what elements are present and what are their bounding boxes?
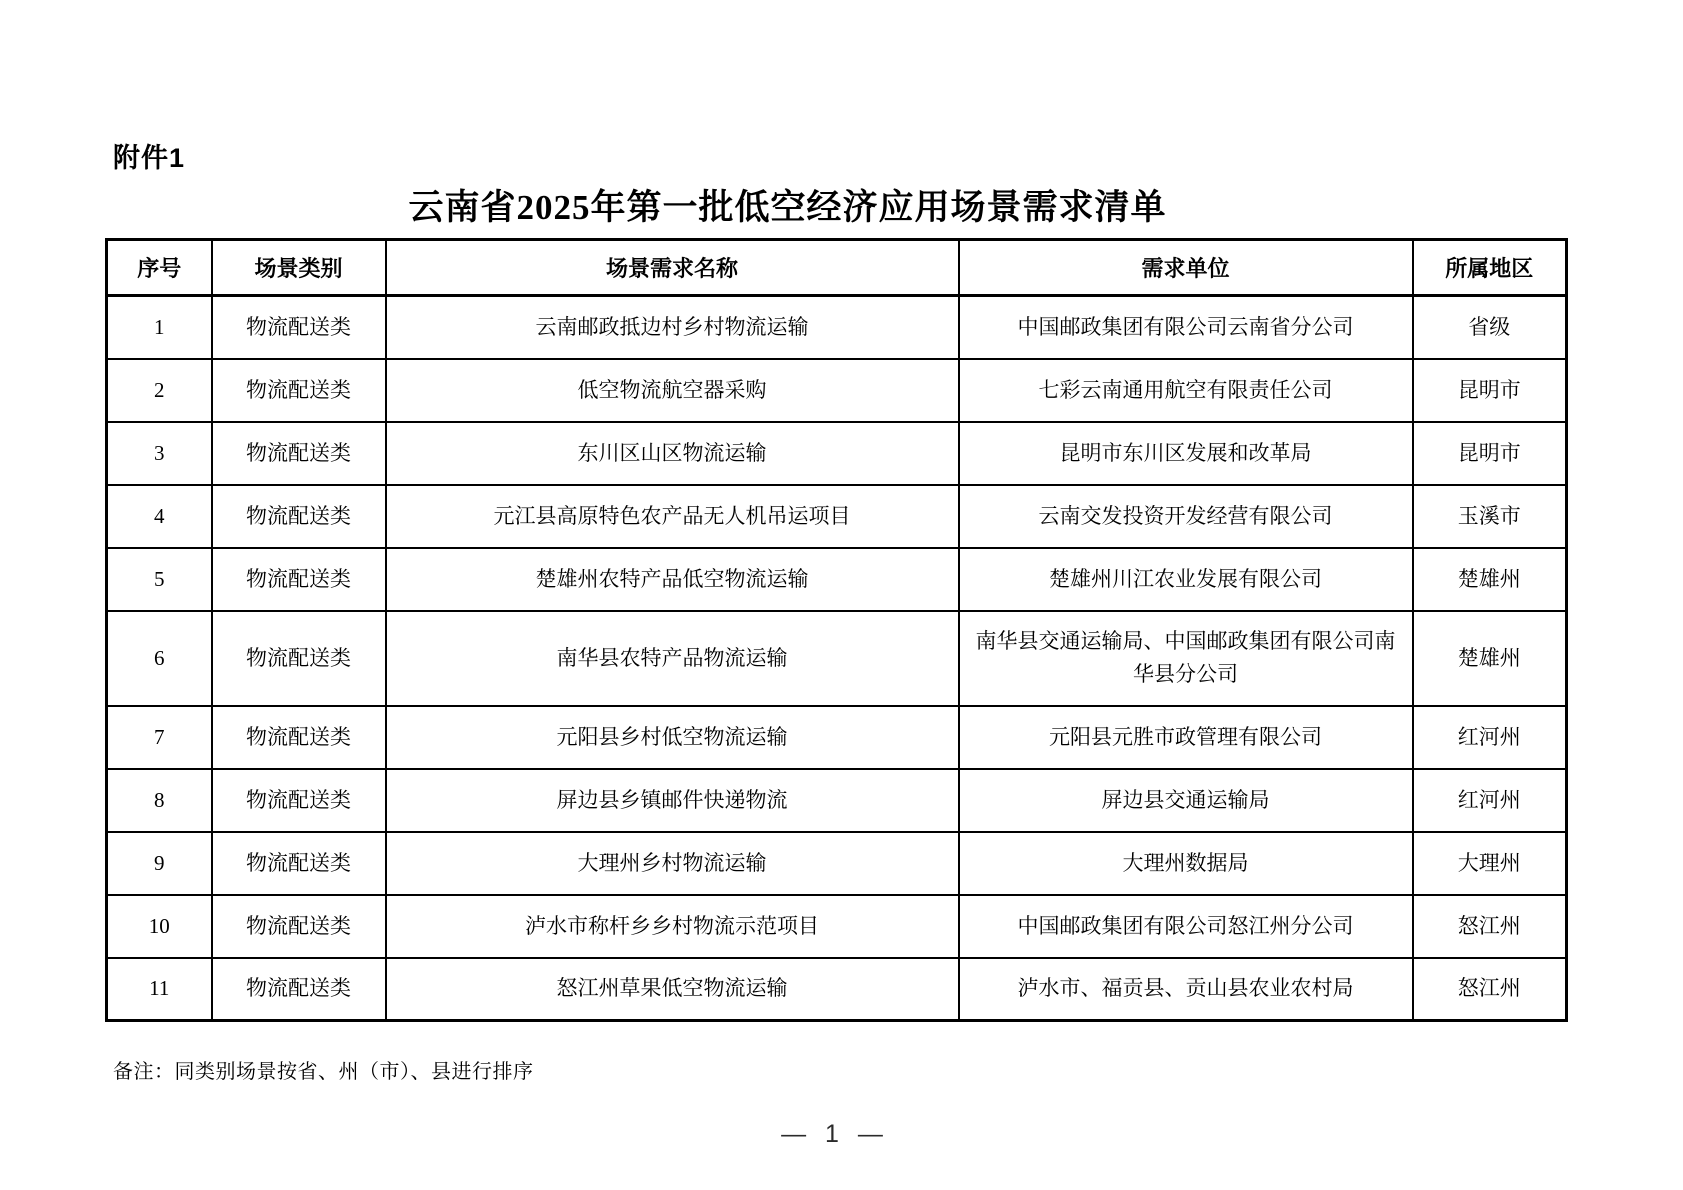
region-cell: 红河州 — [1413, 706, 1567, 769]
table-row: 10物流配送类泸水市称杆乡乡村物流示范项目中国邮政集团有限公司怒江州分公司怒江州 — [107, 895, 1567, 958]
category-cell: 物流配送类 — [212, 769, 386, 832]
region-cell: 楚雄州 — [1413, 548, 1567, 611]
category-cell: 物流配送类 — [212, 706, 386, 769]
demand-unit-cell: 七彩云南通用航空有限责任公司 — [959, 359, 1413, 422]
scenario-name-cell: 楚雄州农特产品低空物流运输 — [386, 548, 959, 611]
row-number-cell: 6 — [107, 611, 212, 706]
column-header-2: 场景需求名称 — [386, 240, 959, 296]
row-number-cell: 1 — [107, 296, 212, 359]
row-number-cell: 5 — [107, 548, 212, 611]
demand-unit-cell: 楚雄州川江农业发展有限公司 — [959, 548, 1413, 611]
row-number-cell: 3 — [107, 422, 212, 485]
table-row: 4物流配送类元江县高原特色农产品无人机吊运项目云南交发投资开发经营有限公司玉溪市 — [107, 485, 1567, 548]
table-row: 8物流配送类屏边县乡镇邮件快递物流屏边县交通运输局红河州 — [107, 769, 1567, 832]
region-cell: 楚雄州 — [1413, 611, 1567, 706]
category-cell: 物流配送类 — [212, 832, 386, 895]
scenario-name-cell: 云南邮政抵边村乡村物流运输 — [386, 296, 959, 359]
region-cell: 红河州 — [1413, 769, 1567, 832]
demand-unit-cell: 昆明市东川区发展和改革局 — [959, 422, 1413, 485]
page-number: — 1 — — [105, 1120, 1565, 1149]
column-header-4: 所属地区 — [1413, 240, 1567, 296]
row-number-cell: 10 — [107, 895, 212, 958]
scenario-name-cell: 大理州乡村物流运输 — [386, 832, 959, 895]
table-row: 7物流配送类元阳县乡村低空物流运输元阳县元胜市政管理有限公司红河州 — [107, 706, 1567, 769]
region-cell: 省级 — [1413, 296, 1567, 359]
scenario-name-cell: 屏边县乡镇邮件快递物流 — [386, 769, 959, 832]
category-cell: 物流配送类 — [212, 485, 386, 548]
table-row: 5物流配送类楚雄州农特产品低空物流运输楚雄州川江农业发展有限公司楚雄州 — [107, 548, 1567, 611]
row-number-cell: 4 — [107, 485, 212, 548]
demand-unit-cell: 屏边县交通运输局 — [959, 769, 1413, 832]
demand-unit-cell: 元阳县元胜市政管理有限公司 — [959, 706, 1413, 769]
region-cell: 昆明市 — [1413, 359, 1567, 422]
category-cell: 物流配送类 — [212, 422, 386, 485]
row-number-cell: 2 — [107, 359, 212, 422]
table-row: 11物流配送类怒江州草果低空物流运输泸水市、福贡县、贡山县农业农村局怒江州 — [107, 958, 1567, 1021]
category-cell: 物流配送类 — [212, 359, 386, 422]
attachment-label: 附件1 — [113, 136, 185, 175]
demand-unit-cell: 云南交发投资开发经营有限公司 — [959, 485, 1413, 548]
demand-unit-cell: 中国邮政集团有限公司云南省分公司 — [959, 296, 1413, 359]
category-cell: 物流配送类 — [212, 296, 386, 359]
column-header-3: 需求单位 — [959, 240, 1413, 296]
table-row: 9物流配送类大理州乡村物流运输大理州数据局大理州 — [107, 832, 1567, 895]
scenario-name-cell: 怒江州草果低空物流运输 — [386, 958, 959, 1021]
category-cell: 物流配送类 — [212, 611, 386, 706]
scenario-name-cell: 东川区山区物流运输 — [386, 422, 959, 485]
region-cell: 大理州 — [1413, 832, 1567, 895]
table-row: 3物流配送类东川区山区物流运输昆明市东川区发展和改革局昆明市 — [107, 422, 1567, 485]
region-cell: 怒江州 — [1413, 895, 1567, 958]
column-header-0: 序号 — [107, 240, 212, 296]
scenario-name-cell: 南华县农特产品物流运输 — [386, 611, 959, 706]
page-title: 云南省2025年第一批低空经济应用场景需求清单 — [105, 180, 1470, 230]
demand-unit-cell: 南华县交通运输局、中国邮政集团有限公司南华县分公司 — [959, 611, 1413, 706]
row-number-cell: 8 — [107, 769, 212, 832]
table-row: 6物流配送类南华县农特产品物流运输南华县交通运输局、中国邮政集团有限公司南华县分… — [107, 611, 1567, 706]
column-header-1: 场景类别 — [212, 240, 386, 296]
scenario-name-cell: 元阳县乡村低空物流运输 — [386, 706, 959, 769]
row-number-cell: 9 — [107, 832, 212, 895]
category-cell: 物流配送类 — [212, 958, 386, 1021]
demand-unit-cell: 中国邮政集团有限公司怒江州分公司 — [959, 895, 1413, 958]
table-row: 1物流配送类云南邮政抵边村乡村物流运输中国邮政集团有限公司云南省分公司省级 — [107, 296, 1567, 359]
scenario-name-cell: 低空物流航空器采购 — [386, 359, 959, 422]
row-number-cell: 7 — [107, 706, 212, 769]
demand-table: 序号场景类别场景需求名称需求单位所属地区 1物流配送类云南邮政抵边村乡村物流运输… — [105, 238, 1568, 1022]
row-number-cell: 11 — [107, 958, 212, 1021]
scenario-name-cell: 泸水市称杆乡乡村物流示范项目 — [386, 895, 959, 958]
table-row: 2物流配送类低空物流航空器采购七彩云南通用航空有限责任公司昆明市 — [107, 359, 1567, 422]
category-cell: 物流配送类 — [212, 895, 386, 958]
table-header-row: 序号场景类别场景需求名称需求单位所属地区 — [107, 240, 1567, 296]
footnote: 备注：同类别场景按省、州（市）、县进行排序 — [113, 1055, 534, 1084]
category-cell: 物流配送类 — [212, 548, 386, 611]
document-page: 附件1 云南省2025年第一批低空经济应用场景需求清单 序号场景类别场景需求名称… — [0, 0, 1683, 1190]
region-cell: 玉溪市 — [1413, 485, 1567, 548]
demand-unit-cell: 泸水市、福贡县、贡山县农业农村局 — [959, 958, 1413, 1021]
scenario-name-cell: 元江县高原特色农产品无人机吊运项目 — [386, 485, 959, 548]
region-cell: 昆明市 — [1413, 422, 1567, 485]
demand-unit-cell: 大理州数据局 — [959, 832, 1413, 895]
region-cell: 怒江州 — [1413, 958, 1567, 1021]
